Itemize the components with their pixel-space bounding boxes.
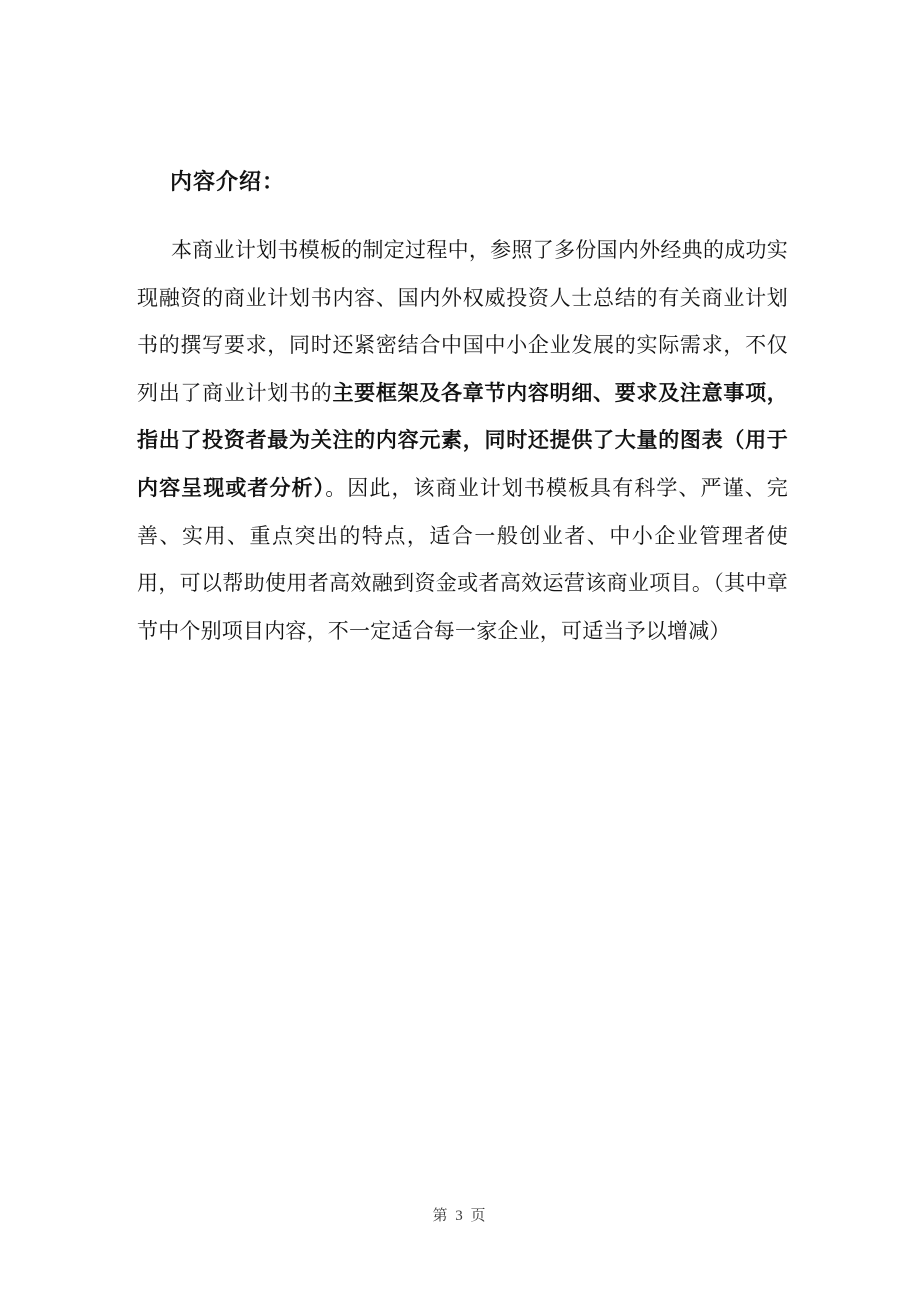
document-page: { "document": { "background_color": "#ff… [0, 0, 920, 1302]
page-number: 第 3 页 [0, 1204, 920, 1225]
section-heading: 内容介绍： [170, 165, 285, 196]
paragraph-normal-run-2: 。因此，该商业计划书模板具有科学、严谨、完善、实用、重点突出的特点，适合一般创业… [137, 476, 788, 643]
intro-paragraph: 本商业计划书模板的制定过程中，参照了多份国内外经典的成功实现融资的商业计划书内容… [137, 227, 788, 655]
paragraph-normal-run-1: 本商业计划书模板的制定过程中，参照了多份国内外经典的成功实现融资的商业计划书内容… [137, 238, 788, 405]
